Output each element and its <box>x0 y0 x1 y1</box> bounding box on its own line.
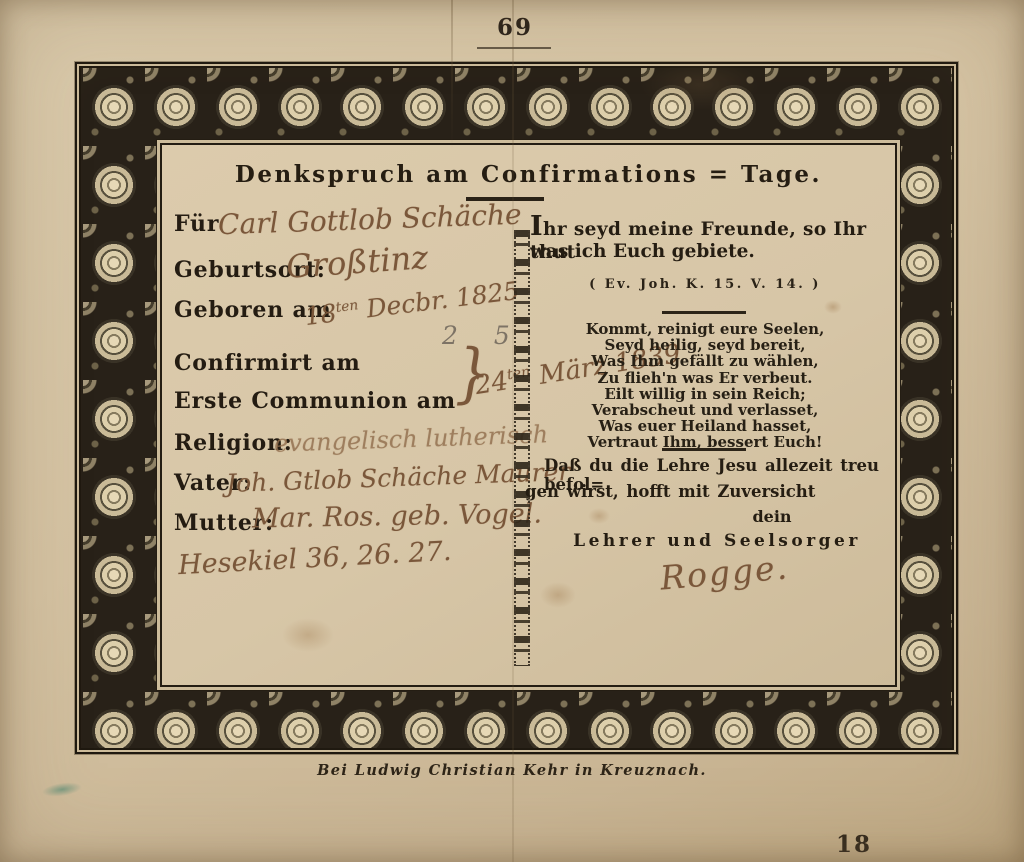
poem: Kommt, reinigt eure Seelen, Seyd heilig,… <box>530 321 880 451</box>
geburtsort-value-handwriting: Großtinz <box>285 238 429 286</box>
closing-line-2: gen wirst, hofft mit Zuversicht <box>525 482 885 501</box>
poem-line: Was euer Heiland hasset, <box>530 418 880 434</box>
poem-line: Was Ihm gefällt zu wählen, <box>530 353 880 369</box>
certificate-panel: Denkspruch am Confirmations = Tage. Für … <box>160 143 897 687</box>
closing-role: Lehrer und Seelsorger <box>542 531 892 551</box>
poem-line: Kommt, reinigt eure Seelen, <box>530 321 880 337</box>
religion-value-handwriting: evangelisch lutherisch <box>274 420 549 458</box>
fuer-label: Für <box>174 211 219 237</box>
document-scan: 69 Denkspruch am Confirmations = Tage. F… <box>0 0 1024 862</box>
certificate-title: Denkspruch am Confirmations = Tage. <box>162 161 895 188</box>
ornamental-chain-divider-icon <box>514 230 530 666</box>
confirmirt-label: Confirmirt am <box>174 350 361 376</box>
mutter-value-handwriting: Mar. Ros. geb. Vogel. <box>252 498 542 534</box>
verse-reference: ( Ev. Joh. K. 15. V. 14. ) <box>530 277 880 292</box>
poem-top-rule <box>662 311 746 314</box>
collection-number: 18 <box>836 831 872 858</box>
archive-number: 69 <box>470 14 560 41</box>
fuer-value-handwriting: Carl Gottlob Schäche <box>218 198 523 242</box>
closing-dein: dein <box>662 507 882 526</box>
printer-imprint: Bei Ludwig Christian Kehr in Kreuznach. <box>0 762 1024 779</box>
poem-line: Verabscheut und verlasset, <box>530 402 880 418</box>
scripture-note-handwriting: Hesekiel 36, 26. 27. <box>177 536 452 581</box>
communion-label: Erste Communion am <box>174 388 456 414</box>
poem-line: Eilt willig in sein Reich; <box>530 386 880 402</box>
poem-bottom-rule <box>662 448 746 451</box>
ink-smudge <box>41 780 82 798</box>
archive-number-rule <box>477 47 551 49</box>
poem-line: Seyd heilig, seyd bereit, <box>530 337 880 353</box>
verse-line-2: was ich Euch gebiete. <box>530 241 890 262</box>
pastor-signature: Rogge. <box>659 547 791 597</box>
poem-line: Zu flieh'n was Er verbeut. <box>530 370 880 386</box>
